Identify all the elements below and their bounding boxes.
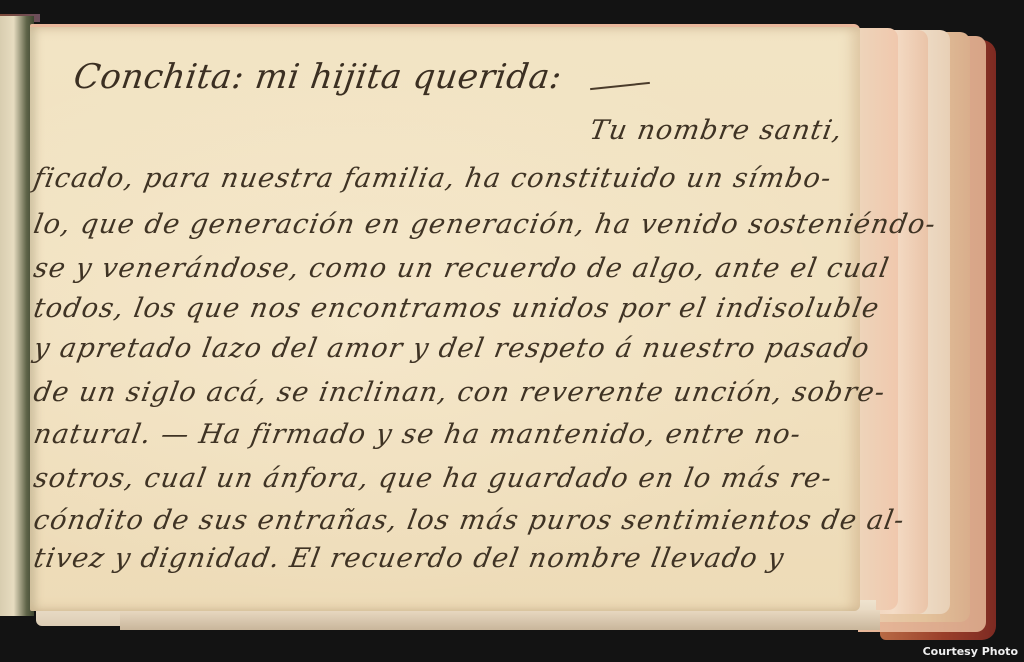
letter-line: y apretado lazo del amor y del respeto á… [31, 333, 856, 364]
letter-line: ficado, para nuestra familia, ha constit… [31, 163, 856, 194]
letter-line: cóndito de sus entrañas, los más puros s… [31, 505, 856, 536]
letter-line: todos, los que nos encontramos unidos po… [31, 293, 856, 324]
letter-line: se y venerándose, como un recuerdo de al… [31, 253, 856, 284]
notebook-spine [0, 16, 34, 616]
letter-line: natural. — Ha firmado y se ha mantenido,… [31, 419, 856, 450]
letter-page: Conchita: mi hijita querida: Tu nombre s… [30, 24, 860, 611]
letter-line: Tu nombre santi, [587, 115, 852, 146]
letter-line: lo, que de generación en generación, ha … [31, 209, 856, 240]
underlying-page [120, 610, 880, 630]
letter-line: tivez y dignidad. El recuerdo del nombre… [31, 543, 856, 574]
photo-credit: Courtesy Photo [923, 645, 1018, 658]
letter-line: sotros, cual un ánfora, que ha guardado … [31, 463, 856, 494]
notebook-photo: Conchita: mi hijita querida: Tu nombre s… [0, 0, 1024, 662]
letter-body: Tu nombre santi, ficado, para nuestra fa… [30, 27, 860, 611]
letter-line: de un siglo acá, se inclinan, con revere… [31, 377, 856, 408]
